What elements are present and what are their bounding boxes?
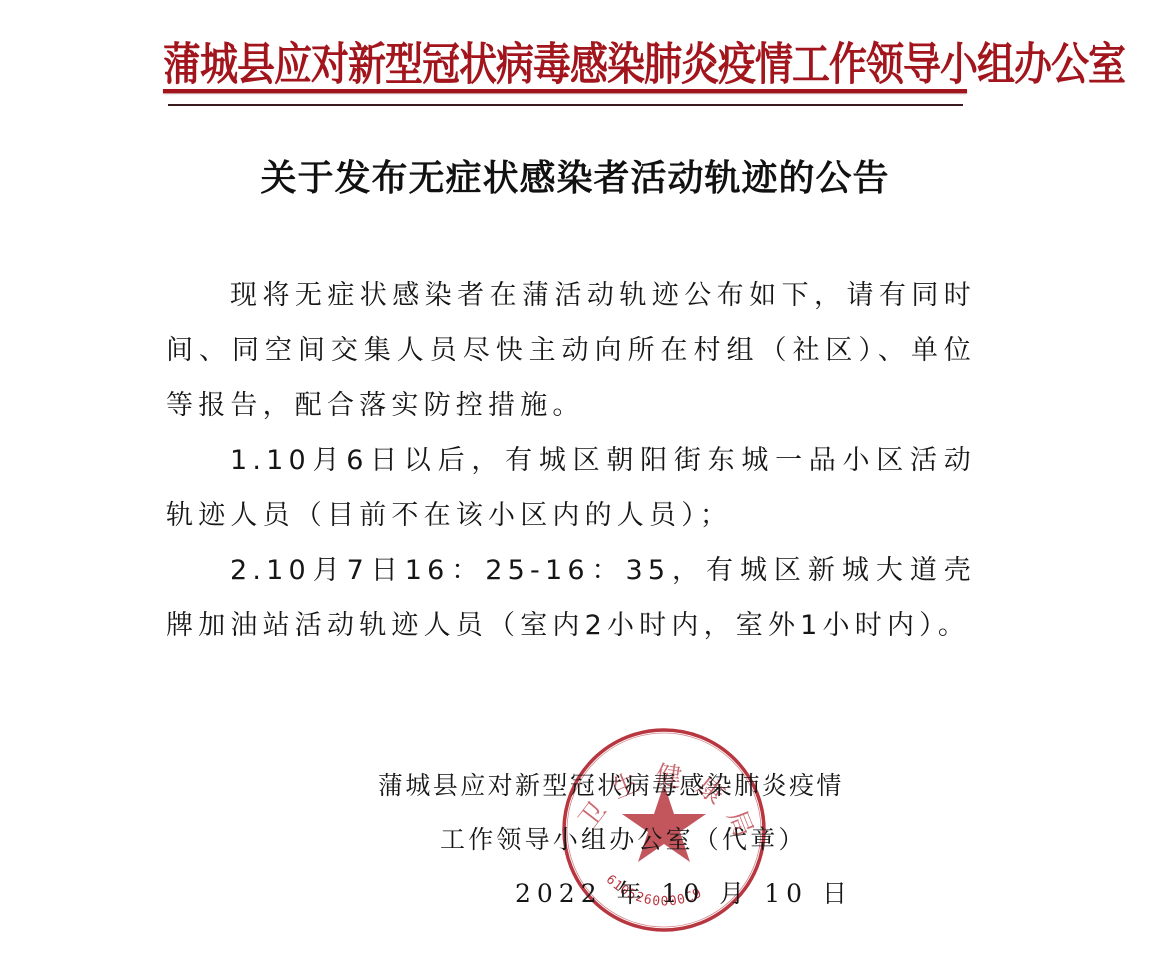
- signature-date: 2022 年 10 月 10 日: [515, 876, 853, 912]
- item-2-paragraph: 2.10月7日16：25-16：35，有城区新城大道壳牌加油站活动轨迹人员（室内…: [166, 543, 976, 653]
- signature-issuer-line-1: 蒲城县应对新型冠状病毒感染肺炎疫情: [378, 768, 844, 804]
- document-page: 蒲城县应对新型冠状病毒感染肺炎疫情工作领导小组办公室 关于发布无症状感染者活动轨…: [0, 0, 1152, 977]
- document-title: 关于发布无症状感染者活动轨迹的公告: [230, 153, 920, 203]
- letterhead-rule-divider: [168, 104, 963, 106]
- item-1-paragraph: 1.10月6日以后，有城区朝阳街东城一品小区活动轨迹人员（目前不在该小区内的人员…: [166, 433, 976, 543]
- document-body: 现将无症状感染者在蒲活动轨迹公布如下，请有同时间、同空间交集人员尽快主动向所在村…: [166, 268, 976, 653]
- letterhead-red-underline: [163, 89, 967, 93]
- intro-paragraph: 现将无症状感染者在蒲活动轨迹公布如下，请有同时间、同空间交集人员尽快主动向所在村…: [166, 268, 976, 433]
- signature-issuer-line-2: 工作领导小组办公室（代章）: [440, 822, 807, 858]
